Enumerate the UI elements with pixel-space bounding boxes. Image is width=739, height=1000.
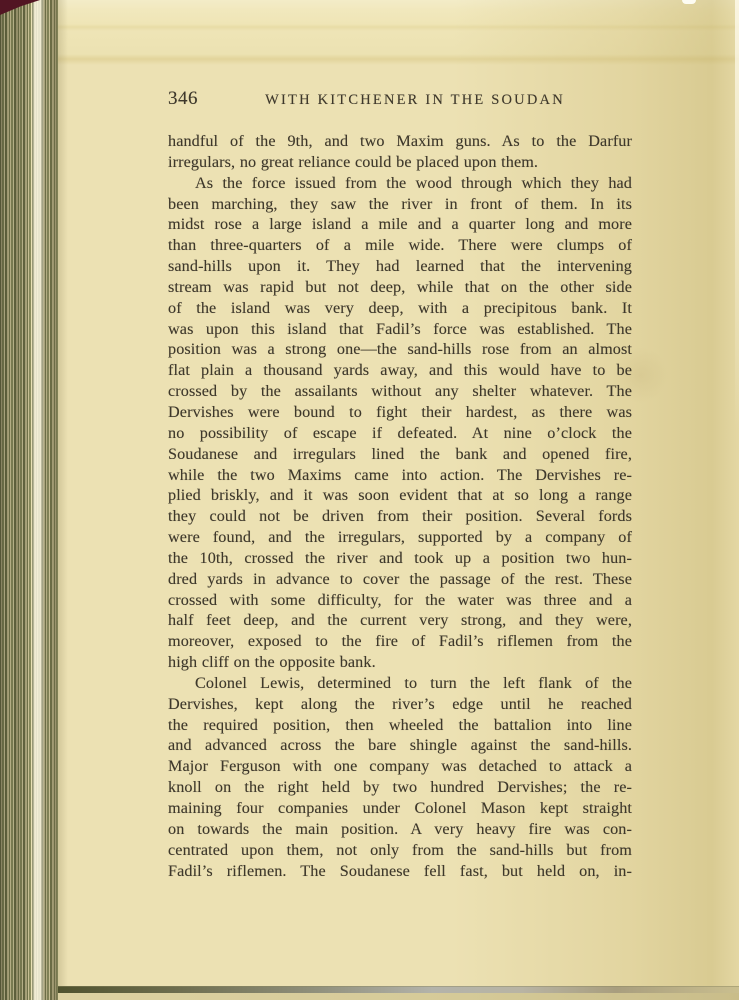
page-text-area: 346 WITH KITCHENER IN THE SOUDAN handful… [168,88,632,881]
text-line: stream was rapid but not deep, while tha… [168,277,632,298]
page-top-notch [682,0,696,4]
text-line: irregulars, no great reliance could be p… [168,152,632,173]
text-line: dred yards in advance to cover the passa… [168,569,632,590]
text-line: they could not be driven from their posi… [168,506,632,527]
page-bottom-edge [58,993,739,1000]
text-line: knoll on the right held by two hundred D… [168,777,632,798]
text-line: half feet deep, and the current very str… [168,610,632,631]
page-number: 346 [168,88,198,110]
page-body-text: handful of the 9th, and two Maxim guns. … [168,131,632,881]
text-line: been marching, they saw the river in fro… [168,194,632,215]
text-line: on towards the main position. A very hea… [168,819,632,840]
text-line: of the island was very deep, with a prec… [168,298,632,319]
text-line: crossed by the assailants without any sh… [168,381,632,402]
page-right-edge [735,0,739,430]
text-line: Major Ferguson with one company was deta… [168,756,632,777]
text-line: plied briskly, and it was soon evident t… [168,485,632,506]
text-line: moreover, exposed to the fire of Fadil’s… [168,631,632,652]
text-line: Dervishes were bound to fight their hard… [168,402,632,423]
page-bottom-edge-line [58,986,739,993]
text-line: maining four companies under Colonel Mas… [168,798,632,819]
text-line: handful of the 9th, and two Maxim guns. … [168,131,632,152]
text-line: sand-hills upon it. They had learned tha… [168,256,632,277]
text-line: Dervishes, kept along the river’s edge u… [168,694,632,715]
text-line: no possibility of escape if defeated. At… [168,423,632,444]
text-line: midst rose a large island a mile and a q… [168,214,632,235]
text-line: Fadil’s riflemen. The Soudanese fell fas… [168,861,632,882]
text-line: was upon this island that Fadil’s force … [168,319,632,340]
text-line: centrated upon them, not only from the s… [168,840,632,861]
text-line: high cliff on the opposite bank. [168,652,632,673]
text-line: crossed with some difficulty, for the wa… [168,590,632,611]
text-line: were found, and the irregulars, supporte… [168,527,632,548]
page-gutter-shadow [58,0,68,1000]
text-line: the required position, then wheeled the … [168,715,632,736]
text-line: Colonel Lewis, determined to turn the le… [168,673,632,694]
text-line: flat plain a thousand yards away, and th… [168,360,632,381]
book-spine-page-edges [0,0,58,1000]
text-line: than three-quarters of a mile wide. Ther… [168,235,632,256]
text-line: and advanced across the bare shingle aga… [168,735,632,756]
text-line: while the two Maxims came into action. T… [168,465,632,486]
page-header: 346 WITH KITCHENER IN THE SOUDAN [168,88,632,110]
text-line: Soudanese and irregulars lined the bank … [168,444,632,465]
text-line: As the force issued from the wood throug… [168,173,632,194]
book-page-photo: 346 WITH KITCHENER IN THE SOUDAN handful… [0,0,739,1000]
text-line: the 10th, crossed the river and took up … [168,548,632,569]
running-header: WITH KITCHENER IN THE SOUDAN [198,92,632,109]
text-line: position was a strong one—the sand-hills… [168,339,632,360]
